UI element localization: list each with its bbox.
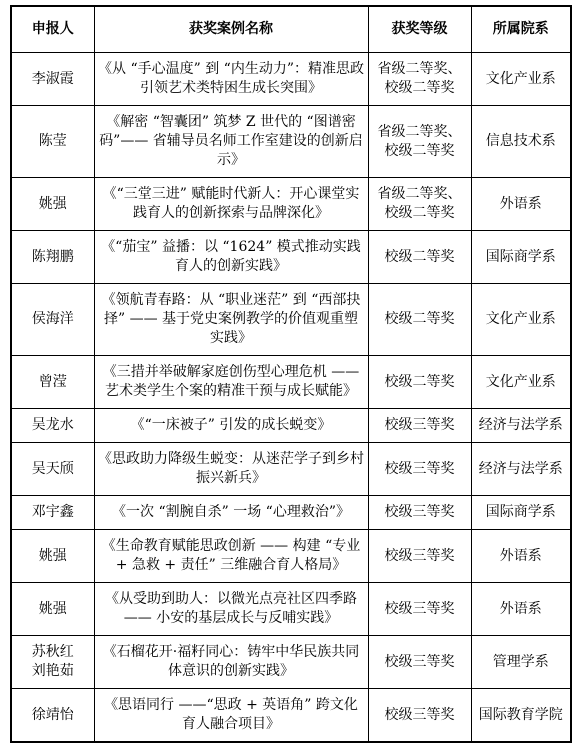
case-name-cell: 《思政助力降级生蜕变：从迷茫学子到乡村振兴新兵》 <box>94 443 368 496</box>
page: 申报人 获奖案例名称 获奖等级 所属院系 李淑霞 《从 “手心温度” 到 “内生… <box>0 0 579 750</box>
case-name-cell: 《从 “手心温度” 到 “内生动力”：精准思政引领艺术类特困生成长突围》 <box>94 53 368 106</box>
department-cell: 国际商学系 <box>471 231 571 284</box>
case-name-cell: 《“一床被子” 引发的成长蜕变》 <box>94 409 368 443</box>
case-name-cell: 《“茄宝” 益播：以 “1624” 模式推动实践育人的创新实践》 <box>94 231 368 284</box>
department-cell: 管理学系 <box>471 636 571 689</box>
award-level-cell: 校级三等奖 <box>368 409 471 443</box>
applicant-cell: 姚强 <box>11 530 94 583</box>
table-row: 侯海洋 《领航青春路：从 “职业迷茫” 到 “西部抉择” —— 基于党史案例教学… <box>11 284 571 356</box>
table-row: 吴龙水 《“一床被子” 引发的成长蜕变》 校级三等奖 经济与法学系 <box>11 409 571 443</box>
award-level-cell: 校级三等奖 <box>368 530 471 583</box>
applicant-cell: 邓宇鑫 <box>11 496 94 530</box>
award-level-cell: 校级三等奖 <box>368 636 471 689</box>
applicant-cell: 徐靖怡 <box>11 689 94 743</box>
applicant-cell: 侯海洋 <box>11 284 94 356</box>
case-name-cell: 《从受助到助人：以微光点亮社区四季路 —— 小安的基层成长与反哺实践》 <box>94 583 368 636</box>
table-row: 姚强 《从受助到助人：以微光点亮社区四季路 —— 小安的基层成长与反哺实践》 校… <box>11 583 571 636</box>
department-cell: 文化产业系 <box>471 284 571 356</box>
award-level-cell: 校级二等奖 <box>368 284 471 356</box>
award-level-cell: 省级二等奖、校级二等奖 <box>368 106 471 178</box>
case-name-cell: 《思语同行 ——“思政 + 英语角” 跨文化育人融合项目》 <box>94 689 368 743</box>
case-name-cell: 《“三堂三进” 赋能时代新人：开心课堂实践育人的创新探索与品牌深化》 <box>94 178 368 231</box>
table-row: 姚强 《“三堂三进” 赋能时代新人：开心课堂实践育人的创新探索与品牌深化》 省级… <box>11 178 571 231</box>
applicant-cell: 吴天颀 <box>11 443 94 496</box>
awards-table: 申报人 获奖案例名称 获奖等级 所属院系 李淑霞 《从 “手心温度” 到 “内生… <box>10 5 572 743</box>
award-level-cell: 校级三等奖 <box>368 496 471 530</box>
department-cell: 信息技术系 <box>471 106 571 178</box>
department-cell: 文化产业系 <box>471 356 571 409</box>
applicant-cell: 李淑霞 <box>11 53 94 106</box>
department-cell: 外语系 <box>471 530 571 583</box>
case-name-cell: 《领航青春路：从 “职业迷茫” 到 “西部抉择” —— 基于党史案例教学的价值观… <box>94 284 368 356</box>
applicant-cell: 苏秋红 刘艳茹 <box>11 636 94 689</box>
award-level-cell: 校级二等奖 <box>368 231 471 284</box>
case-name-cell: 《一次 “割腕自杀” 一场 “心理救治”》 <box>94 496 368 530</box>
table-row: 邓宇鑫 《一次 “割腕自杀” 一场 “心理救治”》 校级三等奖 国际商学系 <box>11 496 571 530</box>
department-cell: 外语系 <box>471 178 571 231</box>
applicant-cell: 姚强 <box>11 583 94 636</box>
department-cell: 国际商学系 <box>471 496 571 530</box>
department-cell: 外语系 <box>471 583 571 636</box>
column-header-department: 所属院系 <box>471 6 571 53</box>
applicant-cell: 陈莹 <box>11 106 94 178</box>
award-level-cell: 校级三等奖 <box>368 583 471 636</box>
award-level-cell: 校级三等奖 <box>368 689 471 743</box>
case-name-cell: 《石榴花开·福籽同心：铸牢中华民族共同体意识的创新实践》 <box>94 636 368 689</box>
case-name-cell: 《生命教育赋能思政创新 —— 构建 “专业 + 急救 + 责任” 三维融合育人格… <box>94 530 368 583</box>
table-row: 苏秋红 刘艳茹 《石榴花开·福籽同心：铸牢中华民族共同体意识的创新实践》 校级三… <box>11 636 571 689</box>
table-row: 徐靖怡 《思语同行 ——“思政 + 英语角” 跨文化育人融合项目》 校级三等奖 … <box>11 689 571 743</box>
department-cell: 经济与法学系 <box>471 409 571 443</box>
table-row: 李淑霞 《从 “手心温度” 到 “内生动力”：精准思政引领艺术类特困生成长突围》… <box>11 53 571 106</box>
table-row: 曾滢 《三措并举破解家庭创伤型心理危机 —— 艺术类学生个案的精准干预与成长赋能… <box>11 356 571 409</box>
case-name-cell: 《三措并举破解家庭创伤型心理危机 —— 艺术类学生个案的精准干预与成长赋能》 <box>94 356 368 409</box>
column-header-applicant: 申报人 <box>11 6 94 53</box>
table-row: 吴天颀 《思政助力降级生蜕变：从迷茫学子到乡村振兴新兵》 校级三等奖 经济与法学… <box>11 443 571 496</box>
table-row: 陈翔鹏 《“茄宝” 益播：以 “1624” 模式推动实践育人的创新实践》 校级二… <box>11 231 571 284</box>
table-row: 陈莹 《解密 “智囊团” 筑梦 Z 世代的 “图谱密码”—— 省辅导员名师工作室… <box>11 106 571 178</box>
department-cell: 经济与法学系 <box>471 443 571 496</box>
column-header-case-name: 获奖案例名称 <box>94 6 368 53</box>
table-row: 姚强 《生命教育赋能思政创新 —— 构建 “专业 + 急救 + 责任” 三维融合… <box>11 530 571 583</box>
applicant-cell: 陈翔鹏 <box>11 231 94 284</box>
applicant-cell: 姚强 <box>11 178 94 231</box>
table-body: 李淑霞 《从 “手心温度” 到 “内生动力”：精准思政引领艺术类特困生成长突围》… <box>11 53 571 743</box>
header-row: 申报人 获奖案例名称 获奖等级 所属院系 <box>11 6 571 53</box>
applicant-cell: 吴龙水 <box>11 409 94 443</box>
award-level-cell: 校级二等奖 <box>368 356 471 409</box>
case-name-cell: 《解密 “智囊团” 筑梦 Z 世代的 “图谱密码”—— 省辅导员名师工作室建设的… <box>94 106 368 178</box>
department-cell: 国际教育学院 <box>471 689 571 743</box>
department-cell: 文化产业系 <box>471 53 571 106</box>
award-level-cell: 校级三等奖 <box>368 443 471 496</box>
column-header-award-level: 获奖等级 <box>368 6 471 53</box>
award-level-cell: 省级二等奖、校级二等奖 <box>368 178 471 231</box>
award-level-cell: 省级二等奖、校级二等奖 <box>368 53 471 106</box>
applicant-cell: 曾滢 <box>11 356 94 409</box>
